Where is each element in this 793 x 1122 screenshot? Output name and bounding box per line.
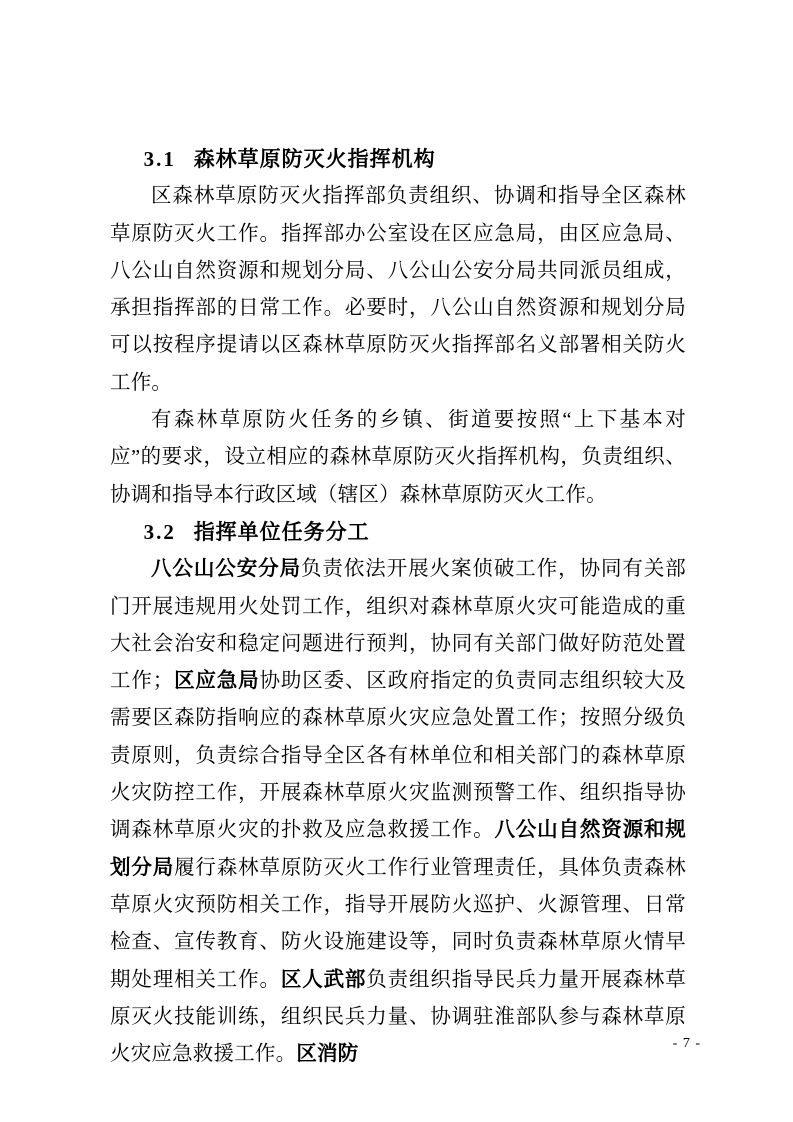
document-content: 3.1森林草原防灭火指挥机构区森林草原防灭火指挥部负责组织、协调和指导全区森林草… bbox=[110, 141, 686, 1073]
body-text-run: 区森林草原防灭火指挥部负责组织、协调和指导全区森林草原防灭火工作。指挥部办公室设… bbox=[110, 185, 686, 393]
agency-name-bold: 区人武部 bbox=[281, 969, 366, 991]
section-number: 3.1 bbox=[144, 147, 176, 171]
body-text-run: 协助区委、区政府指定的负责同志组织较大及需要区森防指响应的森林草原火灾应急处置工… bbox=[110, 670, 686, 841]
document-page: 3.1森林草原防灭火指挥机构区森林草原防灭火指挥部负责组织、协调和指导全区森林草… bbox=[0, 0, 793, 1122]
body-paragraph: 有森林草原防火任务的乡镇、街道要按照“上下基本对应”的要求，设立相应的森林草原防… bbox=[110, 402, 686, 514]
section-heading: 3.1森林草原防灭火指挥机构 bbox=[110, 141, 686, 178]
agency-name-bold: 区应急局 bbox=[173, 670, 259, 692]
section-number: 3.2 bbox=[144, 520, 176, 544]
page-footer: - 7 - bbox=[673, 1036, 701, 1052]
section-heading: 3.2指挥单位任务分工 bbox=[110, 514, 686, 551]
agency-name-bold: 区消防 bbox=[296, 1043, 358, 1065]
page-number: - 7 - bbox=[673, 1036, 701, 1051]
body-paragraph: 八公山公安分局负责依法开展火案侦破工作，协同有关部门开展违规用火处罚工作，组织对… bbox=[110, 551, 686, 1073]
section-title: 指挥单位任务分工 bbox=[194, 520, 370, 544]
body-text-run: 有森林草原防火任务的乡镇、街道要按照“上下基本对应”的要求，设立相应的森林草原防… bbox=[110, 409, 686, 506]
body-paragraph: 区森林草原防灭火指挥部负责组织、协调和指导全区森林草原防灭火工作。指挥部办公室设… bbox=[110, 178, 686, 402]
section-title: 森林草原防灭火指挥机构 bbox=[194, 147, 436, 171]
agency-name-bold: 八公山公安分局 bbox=[151, 558, 301, 580]
